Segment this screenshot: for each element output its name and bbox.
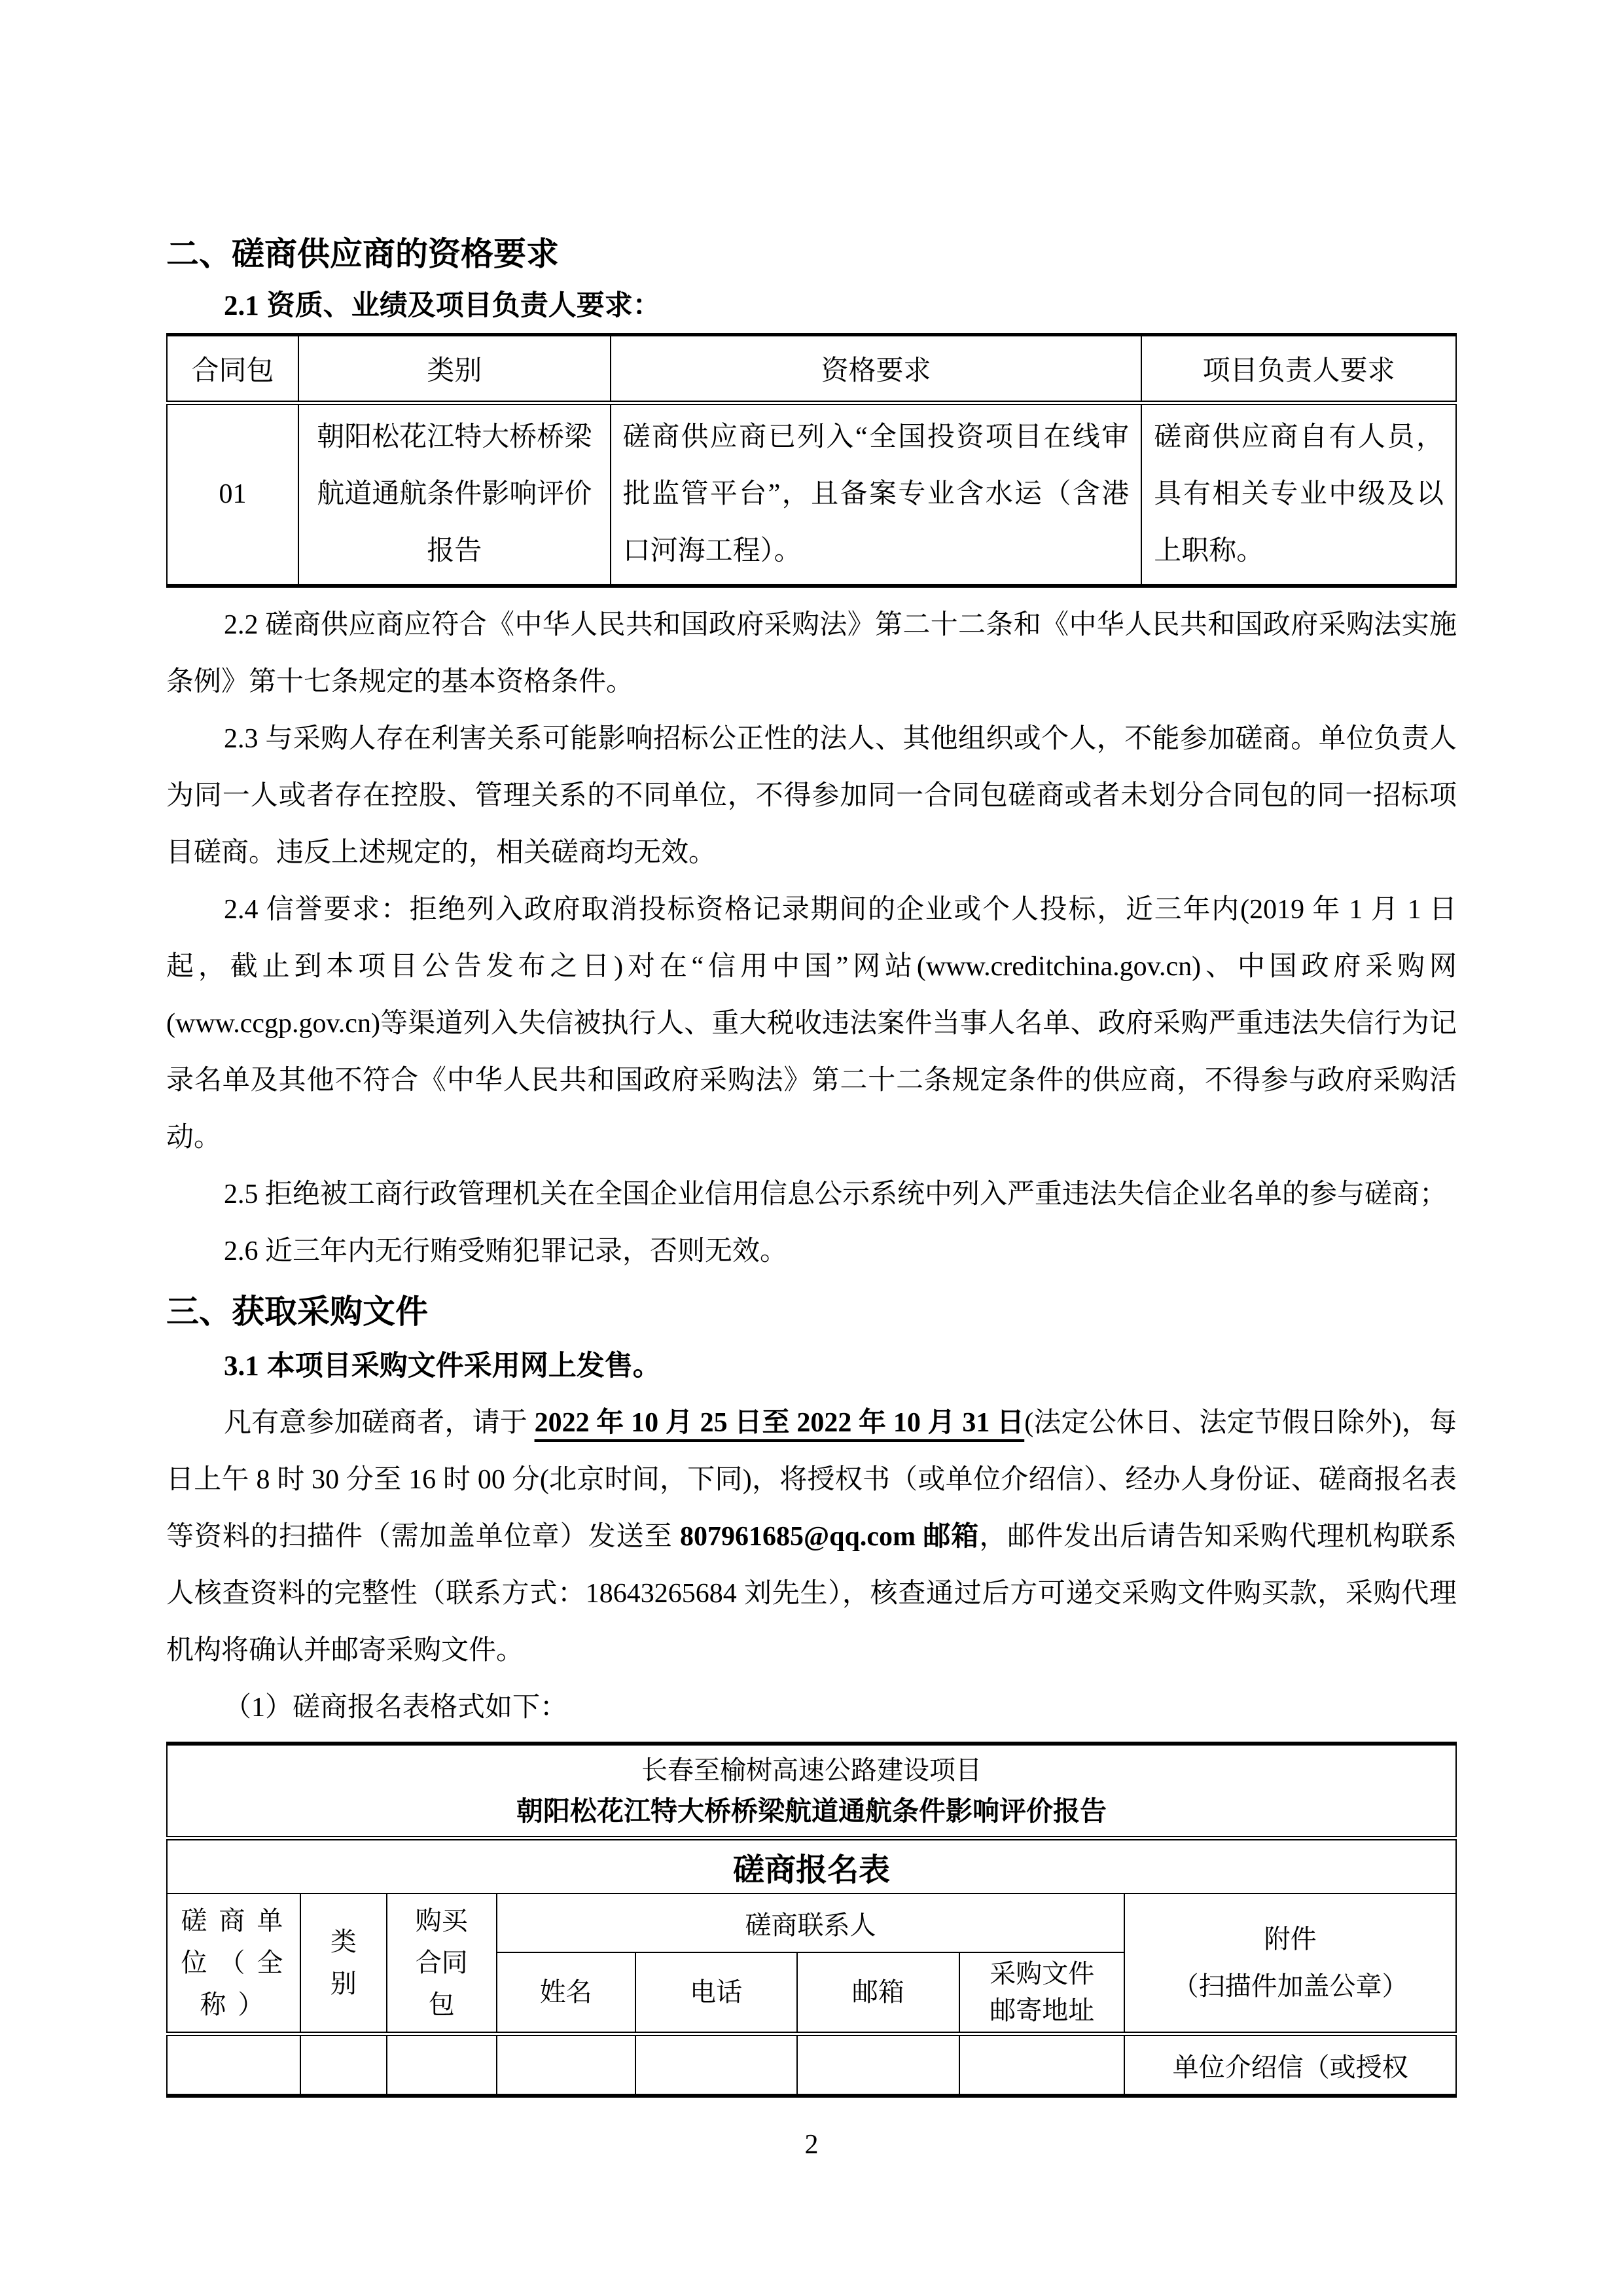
paragraph-2-4: 2.4 信誉要求：拒绝列入政府取消投标资格记录期间的企业或个人投标，近三年内(2…	[166, 882, 1457, 1166]
col-header-category: 类别	[298, 335, 611, 403]
paragraph-3-1-number: 3.1	[224, 1351, 259, 1382]
qualification-table-header-row: 合同包 类别 资格要求 项目负责人要求	[167, 335, 1456, 403]
form-entry-row: 单位介绍信（或授权	[167, 2034, 1456, 2096]
col-header-phone: 电话	[635, 1952, 797, 2034]
paragraph-2-2: 2.2 磋商供应商应符合《中华人民共和国政府采购法》第二十二条和《中华人民共和国…	[166, 597, 1457, 711]
col-header-category: 类 别	[300, 1893, 387, 2034]
col-header-attachment: 附件 （扫描件加盖公章）	[1124, 1893, 1456, 2034]
form-title-row: 磋商报名表	[167, 1839, 1456, 1894]
project-title-row: 长春至榆树高速公路建设项目 朝阳松花江特大桥桥梁航道通航条件影响评价报告	[167, 1744, 1456, 1839]
cell-category: 朝阳松花江特大桥桥梁航道通航条件影响评价报告	[298, 403, 611, 586]
col-header-manager: 项目负责人要求	[1141, 335, 1456, 403]
qualification-table: 合同包 类别 资格要求 项目负责人要求 01 朝阳松花江特大桥桥梁航道通航条件影…	[166, 333, 1457, 588]
cell-manager: 磋商供应商自有人员，具有相关专业中级及以上职称。	[1141, 403, 1456, 586]
paragraph-2-3: 2.3 与采购人存在利害关系可能影响招标公正性的法人、其他组织或个人，不能参加磋…	[166, 711, 1457, 882]
form-title-cell: 磋商报名表	[167, 1839, 1456, 1894]
col-header-package: 购买 合同 包	[387, 1893, 497, 2034]
subheading-number: 2.1	[224, 291, 259, 321]
signup-form-table: 长春至榆树高速公路建设项目 朝阳松花江特大桥桥梁航道通航条件影响评价报告 磋商报…	[166, 1742, 1457, 2098]
section-3-heading: 三、获取采购文件	[166, 1291, 1457, 1333]
col-header-unit: 磋商单 位（全 称）	[167, 1893, 300, 2034]
entry-package-cell	[387, 2034, 497, 2096]
paragraph-2-6: 2.6 近三年内无行贿受贿犯罪记录，否则无效。	[166, 1223, 1457, 1280]
cell-package: 01	[167, 403, 298, 586]
paragraph-2-5: 2.5 拒绝被工商行政管理机关在全国企业信用信息公示系统中列入严重违法失信企业名…	[166, 1166, 1457, 1223]
project-title-cell: 长春至榆树高速公路建设项目 朝阳松花江特大桥桥梁航道通航条件影响评价报告	[167, 1744, 1456, 1839]
col-header-name: 姓名	[497, 1952, 635, 2034]
paragraph-3-1: 3.1 本项目采购文件采用网上发售。	[166, 1338, 1457, 1395]
signup-form-note: （1）磋商报名表格式如下：	[166, 1679, 1457, 1736]
section-2-heading: 二、磋商供应商的资格要求	[166, 233, 1457, 275]
entry-address-cell	[959, 2034, 1124, 2096]
apply-paragraph-segment: 2022 年 10 月 25 日至 2022 年 10 月 31 日	[535, 1408, 1025, 1438]
entry-name-cell	[497, 2034, 635, 2096]
cell-qualification: 磋商供应商已列入“全国投资项目在线审批监管平台”，且备案专业含水运（含港口河海工…	[611, 403, 1142, 586]
entry-unit-cell	[167, 2034, 300, 2096]
section-2-1-subheading: 2.1 资质、业绩及项目负责人要求：	[166, 285, 1457, 327]
form-header-row-top: 磋商单 位（全 称） 类 别 购买 合同 包 磋商联系人 附件 （扫描件加盖公章…	[167, 1893, 1456, 1952]
entry-category-cell	[300, 2034, 387, 2096]
subheading-text: 资质、业绩及项目负责人要求：	[267, 290, 661, 321]
entry-phone-cell	[635, 2034, 797, 2096]
apply-paragraph-segment: 凡有意参加磋商者，请于	[224, 1408, 535, 1438]
col-header-contact: 磋商联系人	[497, 1893, 1125, 1952]
project-name-line2: 朝阳松花江特大桥桥梁航道通航条件影响评价报告	[168, 1791, 1455, 1831]
col-header-address: 采购文件 邮寄地址	[959, 1952, 1124, 2034]
apply-paragraph-segment: 807961685@qq.com 邮箱	[680, 1522, 979, 1552]
col-header-email: 邮箱	[797, 1952, 960, 2034]
document-page: 二、磋商供应商的资格要求 2.1 资质、业绩及项目负责人要求： 合同包 类别 资…	[0, 0, 1623, 2296]
page-number: 2	[166, 2129, 1457, 2161]
apply-paragraph: 凡有意参加磋商者，请于 2022 年 10 月 25 日至 2022 年 10 …	[166, 1395, 1457, 1679]
col-header-qualification: 资格要求	[611, 335, 1142, 403]
entry-attachment-cell: 单位介绍信（或授权	[1124, 2034, 1456, 2096]
entry-email-cell	[797, 2034, 960, 2096]
paragraph-3-1-text: 本项目采购文件采用网上发售。	[267, 1350, 661, 1382]
project-name-line1: 长春至榆树高速公路建设项目	[168, 1750, 1455, 1791]
table-row: 01 朝阳松花江特大桥桥梁航道通航条件影响评价报告 磋商供应商已列入“全国投资项…	[167, 403, 1456, 586]
col-header-package: 合同包	[167, 335, 298, 403]
